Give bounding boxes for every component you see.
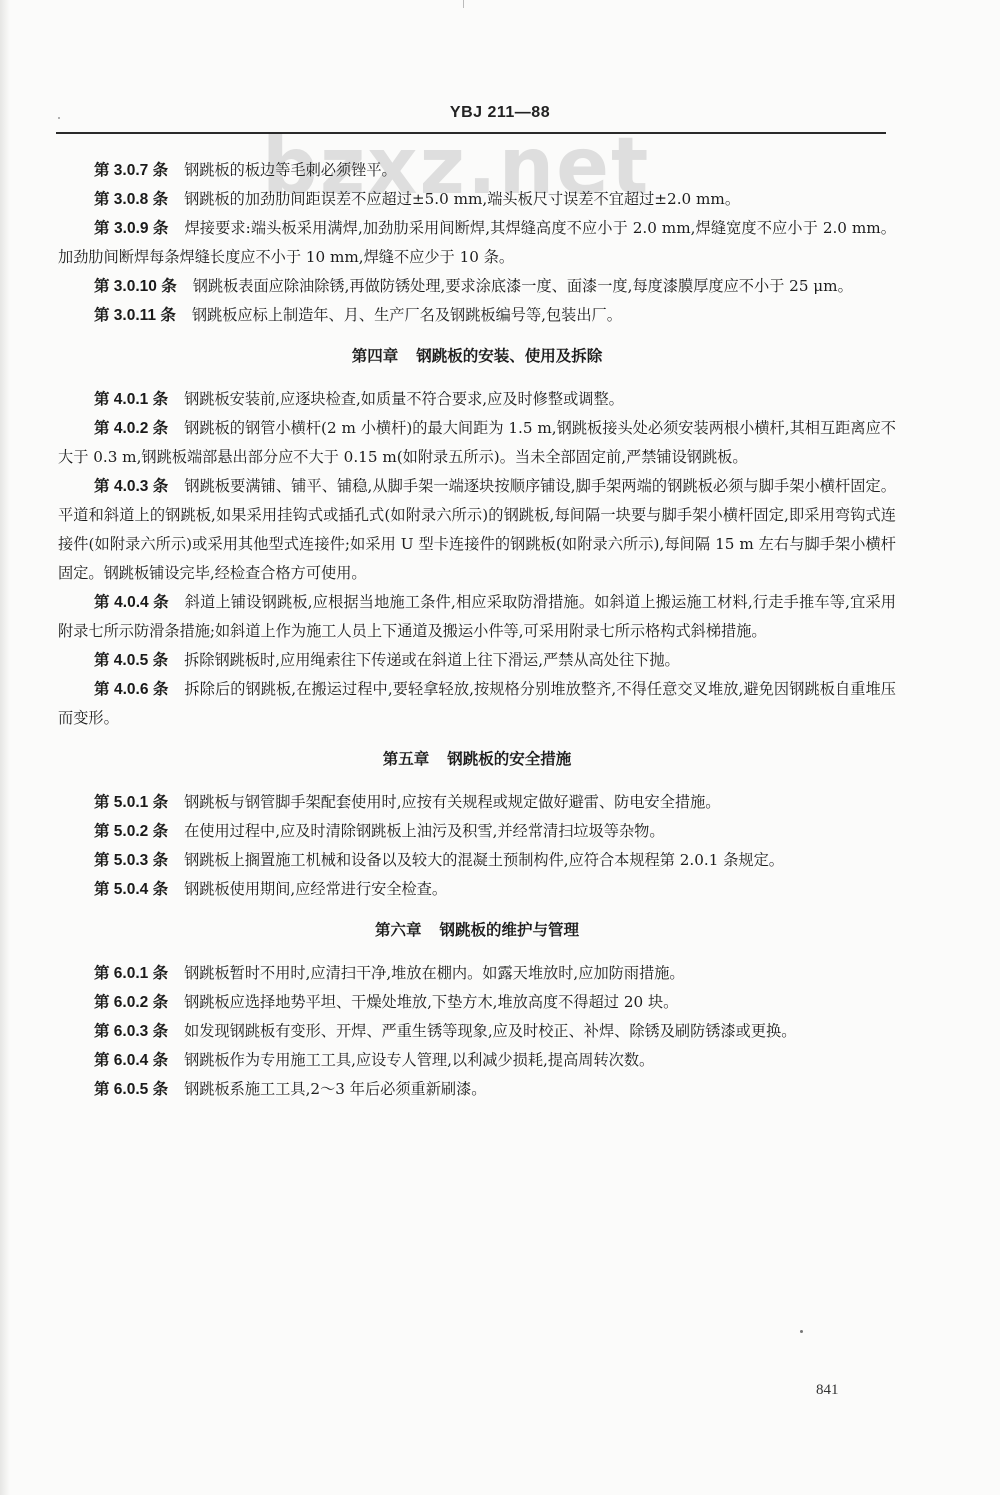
article: 第 5.0.3 条钢跳板上搁置施工机械和设备以及较大的混凝土预制构件,应符合本规… <box>58 846 896 875</box>
article-label: 第 6.0.3 条 <box>94 1023 168 1040</box>
article: 第 6.0.2 条钢跳板应选择地势平坦、干燥处堆放,下垫方木,堆放高度不得超过 … <box>58 988 896 1017</box>
article-text: 钢跳板作为专用施工工具,应设专人管理,以利减少损耗,提高周转次数。 <box>184 1051 654 1069</box>
article-label: 第 4.0.3 条 <box>94 478 168 495</box>
article-label: 第 6.0.5 条 <box>94 1081 168 1098</box>
chapter-number: 第六章 <box>375 922 422 939</box>
chapter-number: 第五章 <box>383 751 430 768</box>
article-label: 第 5.0.3 条 <box>94 852 168 869</box>
article-text: 拆除钢跳板时,应用绳索往下传递或在斜道上往下滑运,严禁从高处往下抛。 <box>184 651 680 669</box>
scan-speck <box>800 1330 803 1333</box>
article-text: 钢跳板的加劲肋间距误差不应超过±5.0 mm,端头板尺寸误差不宜超过±2.0 m… <box>184 190 740 208</box>
article-text: 斜道上铺设钢跳板,应根据当地施工条件,相应采取防滑措施。如斜道上搬运施工材料,行… <box>58 593 896 640</box>
scan-speck <box>463 0 464 8</box>
article: 第 3.0.9 条焊接要求:端头板采用满焊,加劲肋采用间断焊,其焊缝高度不应小于… <box>58 214 896 272</box>
document-body: 第 3.0.7 条钢跳板的板边等毛刺必须锉平。 第 3.0.8 条钢跳板的加劲肋… <box>58 156 896 1104</box>
article-text: 钢跳板暂时不用时,应清扫干净,堆放在棚内。如露天堆放时,应加防雨措施。 <box>184 964 684 982</box>
article: 第 5.0.4 条钢跳板使用期间,应经常进行安全检查。 <box>58 875 896 904</box>
article-text: 钢跳板表面应除油除锈,再做防锈处理,要求涂底漆一度、面漆一度,每度漆膜厚度应不小… <box>193 277 853 295</box>
article-label: 第 3.0.9 条 <box>94 220 169 237</box>
chapter-heading: 第四章钢跳板的安装、使用及拆除 <box>58 342 896 371</box>
section-chapter-4: 第四章钢跳板的安装、使用及拆除 第 4.0.1 条钢跳板安装前,应逐块检查,如质… <box>58 342 896 733</box>
article: 第 5.0.1 条钢跳板与钢管脚手架配套使用时,应按有关规程或规定做好避雷、防电… <box>58 788 896 817</box>
article-label: 第 6.0.4 条 <box>94 1052 168 1069</box>
article-text: 钢跳板应标上制造年、月、生产厂名及钢跳板编号等,包装出厂。 <box>192 306 622 324</box>
article-text: 拆除后的钢跳板,在搬运过程中,要轻拿轻放,按规格分别堆放整齐,不得任意交叉堆放,… <box>58 680 896 727</box>
article-label: 第 6.0.1 条 <box>94 965 168 982</box>
scan-edge <box>0 0 10 1495</box>
article-text: 钢跳板系施工工具,2～3 年后必须重新刷漆。 <box>184 1080 486 1098</box>
article-label: 第 4.0.5 条 <box>94 652 168 669</box>
article-label: 第 3.0.7 条 <box>94 162 168 179</box>
article: 第 3.0.10 条钢跳板表面应除油除锈,再做防锈处理,要求涂底漆一度、面漆一度… <box>58 272 896 301</box>
chapter-title: 钢跳板的维护与管理 <box>440 922 580 939</box>
article-text: 钢跳板的板边等毛刺必须锉平。 <box>184 161 397 179</box>
article-label: 第 4.0.2 条 <box>94 420 168 437</box>
article-label: 第 6.0.2 条 <box>94 994 168 1011</box>
standard-code: YBJ 211—88 <box>450 104 550 121</box>
section-chapter-5: 第五章钢跳板的安全措施 第 5.0.1 条钢跳板与钢管脚手架配套使用时,应按有关… <box>58 745 896 904</box>
article-text: 钢跳板上搁置施工机械和设备以及较大的混凝土预制构件,应符合本规程第 2.0.1 … <box>184 851 784 869</box>
article-label: 第 5.0.4 条 <box>94 881 168 898</box>
article: 第 4.0.5 条拆除钢跳板时,应用绳索往下传递或在斜道上往下滑运,严禁从高处往… <box>58 646 896 675</box>
article-text: 焊接要求:端头板采用满焊,加劲肋采用间断焊,其焊缝高度不应小于 2.0 mm,焊… <box>58 219 896 266</box>
article-label: 第 4.0.4 条 <box>94 594 169 611</box>
article-text: 钢跳板要满铺、铺平、铺稳,从脚手架一端逐块按顺序铺设,脚手架两端的钢跳板必须与脚… <box>58 477 896 582</box>
article-text: 如发现钢跳板有变形、开焊、严重生锈等现象,应及时校正、补焊、除锈及刷防锈漆或更换… <box>184 1022 796 1040</box>
article-label: 第 4.0.6 条 <box>94 681 168 698</box>
article: 第 6.0.4 条钢跳板作为专用施工工具,应设专人管理,以利减少损耗,提高周转次… <box>58 1046 896 1075</box>
article: 第 6.0.3 条如发现钢跳板有变形、开焊、严重生锈等现象,应及时校正、补焊、除… <box>58 1017 896 1046</box>
chapter-title: 钢跳板的安全措施 <box>447 751 571 768</box>
page-number: 841 <box>816 1382 839 1399</box>
article: 第 4.0.4 条斜道上铺设钢跳板,应根据当地施工条件,相应采取防滑措施。如斜道… <box>58 588 896 646</box>
section-chapter-3-continued: 第 3.0.7 条钢跳板的板边等毛刺必须锉平。 第 3.0.8 条钢跳板的加劲肋… <box>58 156 896 330</box>
article-label: 第 4.0.1 条 <box>94 391 168 408</box>
article-text: 钢跳板应选择地势平坦、干燥处堆放,下垫方木,堆放高度不得超过 20 块。 <box>184 993 678 1011</box>
article-label: 第 3.0.10 条 <box>94 278 177 295</box>
article-label: 第 3.0.11 条 <box>94 307 176 324</box>
article-text: 钢跳板与钢管脚手架配套使用时,应按有关规程或规定做好避雷、防电安全措施。 <box>184 793 720 811</box>
article: 第 3.0.7 条钢跳板的板边等毛刺必须锉平。 <box>58 156 896 185</box>
article: 第 5.0.2 条在使用过程中,应及时清除钢跳板上油污及积雪,并经常清扫垃圾等杂… <box>58 817 896 846</box>
article: 第 3.0.8 条钢跳板的加劲肋间距误差不应超过±5.0 mm,端头板尺寸误差不… <box>58 185 896 214</box>
article: 第 4.0.2 条钢跳板的钢管小横杆(2 m 小横杆)的最大间距为 1.5 m,… <box>58 414 896 472</box>
article: 第 4.0.3 条钢跳板要满铺、铺平、铺稳,从脚手架一端逐块按顺序铺设,脚手架两… <box>58 472 896 588</box>
chapter-title: 钢跳板的安装、使用及拆除 <box>416 348 602 365</box>
article-text: 钢跳板安装前,应逐块检查,如质量不符合要求,应及时修整或调整。 <box>184 390 624 408</box>
article-label: 第 5.0.2 条 <box>94 823 168 840</box>
article: 第 4.0.1 条钢跳板安装前,应逐块检查,如质量不符合要求,应及时修整或调整。 <box>58 385 896 414</box>
article: 第 3.0.11 条钢跳板应标上制造年、月、生产厂名及钢跳板编号等,包装出厂。 <box>58 301 896 330</box>
section-chapter-6: 第六章钢跳板的维护与管理 第 6.0.1 条钢跳板暂时不用时,应清扫干净,堆放在… <box>58 916 896 1104</box>
chapter-heading: 第五章钢跳板的安全措施 <box>58 745 896 774</box>
article: 第 4.0.6 条拆除后的钢跳板,在搬运过程中,要轻拿轻放,按规格分别堆放整齐,… <box>58 675 896 733</box>
article-label: 第 3.0.8 条 <box>94 191 168 208</box>
chapter-number: 第四章 <box>352 348 399 365</box>
article: 第 6.0.5 条钢跳板系施工工具,2～3 年后必须重新刷漆。 <box>58 1075 896 1104</box>
article-label: 第 5.0.1 条 <box>94 794 168 811</box>
article-text: 在使用过程中,应及时清除钢跳板上油污及积雪,并经常清扫垃圾等杂物。 <box>184 822 664 840</box>
header-rule <box>56 132 886 134</box>
article-text: 钢跳板的钢管小横杆(2 m 小横杆)的最大间距为 1.5 m,钢跳板接头处必须安… <box>58 419 896 466</box>
article: 第 6.0.1 条钢跳板暂时不用时,应清扫干净,堆放在棚内。如露天堆放时,应加防… <box>58 959 896 988</box>
chapter-heading: 第六章钢跳板的维护与管理 <box>58 916 896 945</box>
page-header: YBJ 211—88 <box>0 104 1000 122</box>
article-text: 钢跳板使用期间,应经常进行安全检查。 <box>184 880 447 898</box>
